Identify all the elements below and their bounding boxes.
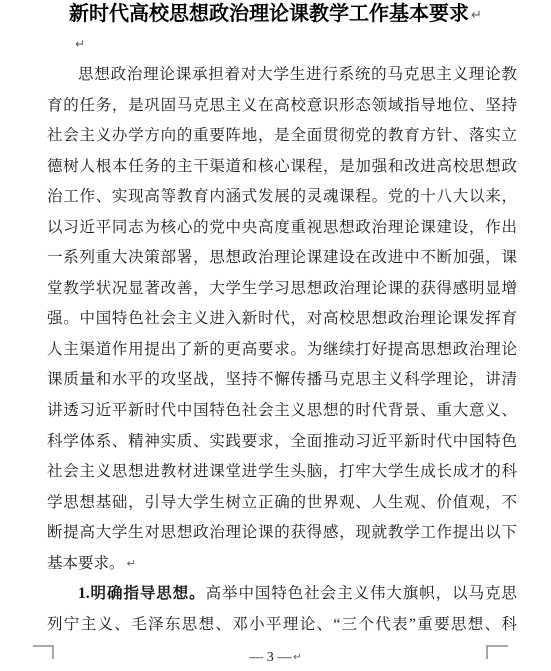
paragraph1-line: 讲透习近平新时代中国特色社会主义思想的时代背景、重大意义、	[47, 400, 517, 431]
page-number-text: — 3 —	[249, 650, 291, 665]
document-title: 新时代高校思想政治理论课教学工作基本要求↵	[0, 1, 551, 29]
document-title-text: 新时代高校思想政治理论课教学工作基本要求	[69, 3, 469, 25]
paragraph2-line-text: 高举中国特色社会主义伟大旗帜，以马克思	[206, 585, 517, 602]
paragraph1-line: 科学体系、精神实质、实践要求，全面推动习近平新时代中国特色	[47, 431, 517, 462]
paragraph1-line: 人主渠道作用提出了新的更高要求。为继续打好提高思想政治理论	[47, 339, 517, 370]
pilcrow-icon: ↵	[293, 652, 301, 663]
paragraph1-line: 育的任务，是巩固马克思主义在高校意识形态领域指导地位、坚持	[47, 95, 517, 126]
paragraph1-line: 以习近平同志为核心的党中央高度重视思想政治理论课建设，作出	[47, 217, 517, 248]
paragraph1-line: 德树人根本任务的主干渠道和核心课程，是加强和改进高校思想政	[47, 156, 517, 187]
paragraph1-line: 社会主义办学方向的重要阵地，是全面贯彻党的教育方针、落实立	[47, 125, 517, 156]
pilcrow-icon: ↵	[75, 37, 85, 51]
paragraph1-line: 思想政治理论课承担着对大学生进行系统的马克思主义理论教	[47, 64, 517, 95]
document-page: 新时代高校思想政治理论课教学工作基本要求↵ ↵ 思想政治理论课承担着对大学生进行…	[0, 0, 551, 671]
paragraph1-line: 学思想基础，引导大学生树立正确的世界观、人生观、价值观，不	[47, 492, 517, 523]
paragraph1-line: 基本要求。↵	[47, 553, 517, 584]
paragraph1-line: 堂教学状况显著改善，大学生学习思想政治理论课的获得感明显增	[47, 278, 517, 309]
document-body: 思想政治理论课承担着对大学生进行系统的马克思主义理论教 育的任务，是巩固马克思主…	[47, 64, 517, 644]
paragraph2-line: 1.明确指导思想。高举中国特色社会主义伟大旗帜，以马克思	[47, 583, 517, 614]
paragraph2-line: 列宁主义、毛泽东思想、邓小平理论、“三个代表”重要思想、科	[47, 614, 517, 645]
paragraph1-line: 课质量和水平的攻坚战，坚持不懈传播马克思主义科学理论，讲清	[47, 369, 517, 400]
paragraph1-line: 断提高大学生对思想政治理论课的获得感，现就教学工作提出以下	[47, 522, 517, 553]
paragraph1-line: 治工作、实现高等教育内涵式发展的灵魂课程。党的十八大以来，	[47, 186, 517, 217]
pilcrow-icon: ↵	[471, 8, 482, 23]
pilcrow-icon: ↵	[127, 557, 136, 570]
paragraph1-line: 一系列重大决策部署，思想政治理论课建设在改进中不断加强，课	[47, 247, 517, 278]
paragraph1-line: 强。中国特色社会主义进入新时代，对高校思想政治理论课发挥育	[47, 308, 517, 339]
paragraph1-line-text: 基本要求。	[47, 555, 125, 572]
numbered-point-heading: 1.明确指导思想。	[78, 585, 206, 602]
paragraph1-line: 社会主义思想进教材进课堂进学生头脑，打牢大学生成长成才的科	[47, 461, 517, 492]
page-number: — 3 —↵	[0, 649, 551, 666]
